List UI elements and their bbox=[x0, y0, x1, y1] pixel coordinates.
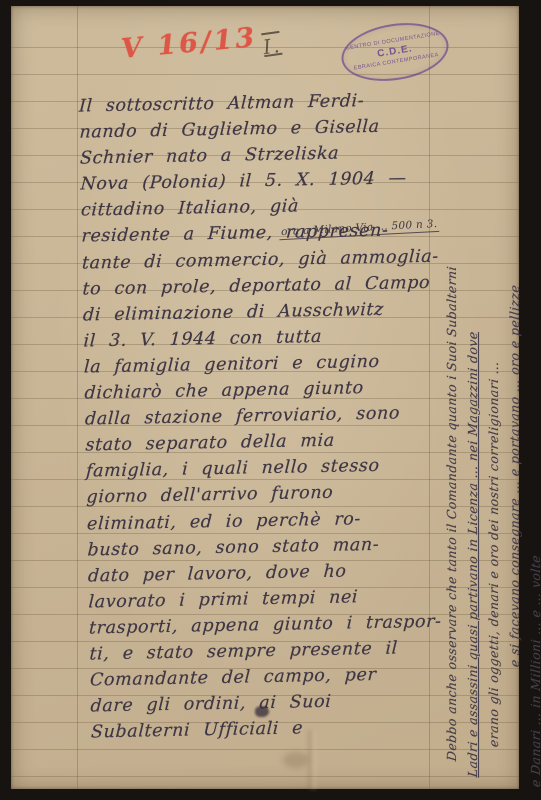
scan-background: { "document": { "archive_number": "V 16/… bbox=[0, 0, 541, 800]
margin-note-line: Ladri e assassini quasi partivano in Lic… bbox=[462, 28, 483, 788]
paper-smudge bbox=[283, 752, 309, 768]
handwritten-line: Subalterni Ufficiali e bbox=[90, 713, 457, 746]
page-index-pencil: I. bbox=[261, 33, 282, 59]
margin-note-rotated: Debbo anche osservare che tanto il Coman… bbox=[441, 29, 541, 787]
margin-note-line: erano gli oggetti, denari e oro dei nost… bbox=[483, 28, 504, 788]
handwritten-body: Il sottoscritto Altman Ferdi-nando di Gu… bbox=[79, 87, 457, 746]
archive-number-red: V 16/13 bbox=[120, 22, 259, 65]
margin-note-line: Debbo anche osservare che tanto il Coman… bbox=[441, 28, 462, 788]
margin-note-line: e si facevano consegnare … e portavano …… bbox=[504, 28, 525, 788]
margin-note-line: e Danari … in Millioni … e … volte bbox=[525, 28, 541, 788]
ink-blot bbox=[255, 706, 269, 717]
archive-stamp: CENTRO DI DOCUMENTAZIONE C.D.E. EBRAICA … bbox=[337, 16, 452, 88]
document-page: V 16/13 I. CENTRO DI DOCUMENTAZIONE C.D.… bbox=[11, 6, 519, 789]
left-margin-rule bbox=[77, 6, 78, 789]
